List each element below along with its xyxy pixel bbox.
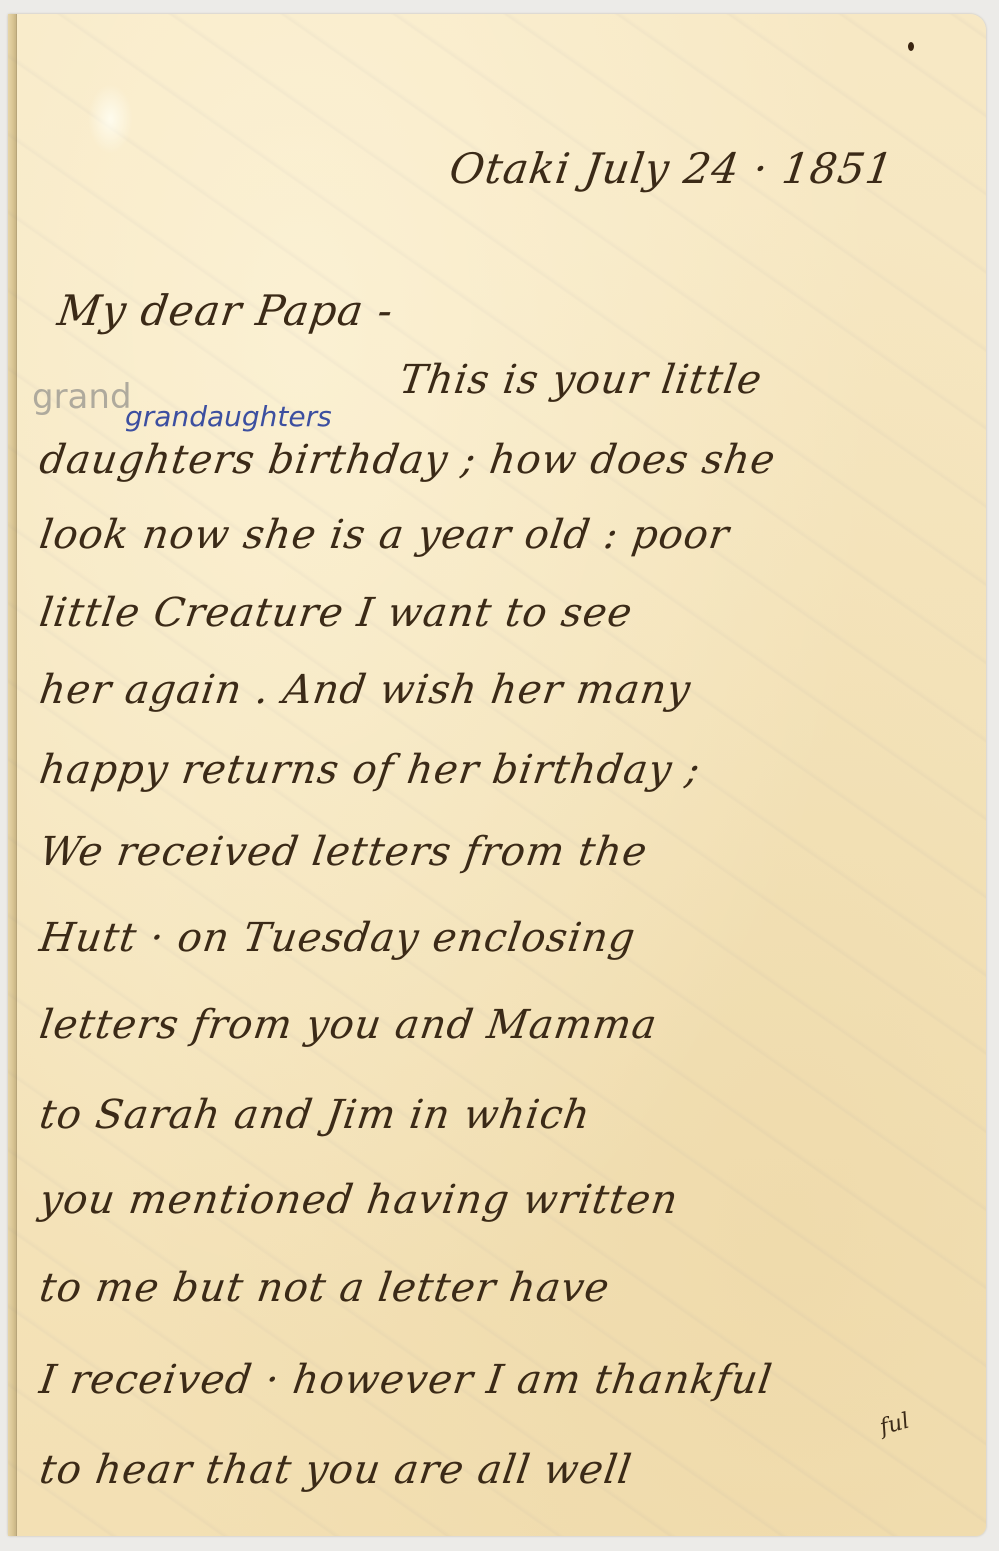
paper-crease xyxy=(88,84,133,154)
body-line: look now she is a year old : poor xyxy=(37,515,732,555)
ink-annotation: grandaughters xyxy=(125,400,332,433)
body-line: I received · however I am thankful xyxy=(37,1360,775,1400)
salutation: My dear Papa - xyxy=(55,290,396,332)
body-line: This is your little xyxy=(397,360,765,400)
pin-hole xyxy=(908,42,914,51)
pencil-annotation: grand xyxy=(32,377,132,417)
body-line: to me but not a letter have xyxy=(37,1268,612,1308)
body-line: to hear that you are all well xyxy=(37,1450,634,1490)
body-line: you mentioned having written xyxy=(37,1180,681,1220)
body-line: little Creature I want to see xyxy=(37,593,635,633)
body-line: happy returns of her birthday ; xyxy=(37,750,703,790)
body-line: We received letters from the xyxy=(37,832,650,872)
body-line: Hutt · on Tuesday enclosing xyxy=(37,918,638,958)
body-line: to Sarah and Jim in which xyxy=(37,1095,593,1135)
page-fold-edge xyxy=(8,14,17,1536)
body-line: daughters birthday ; how does she xyxy=(37,440,778,480)
body-line: letters from you and Mamma xyxy=(37,1005,660,1045)
dateline: Otaki July 24 · 1851 xyxy=(447,148,896,190)
body-line: her again . And wish her many xyxy=(37,670,693,710)
